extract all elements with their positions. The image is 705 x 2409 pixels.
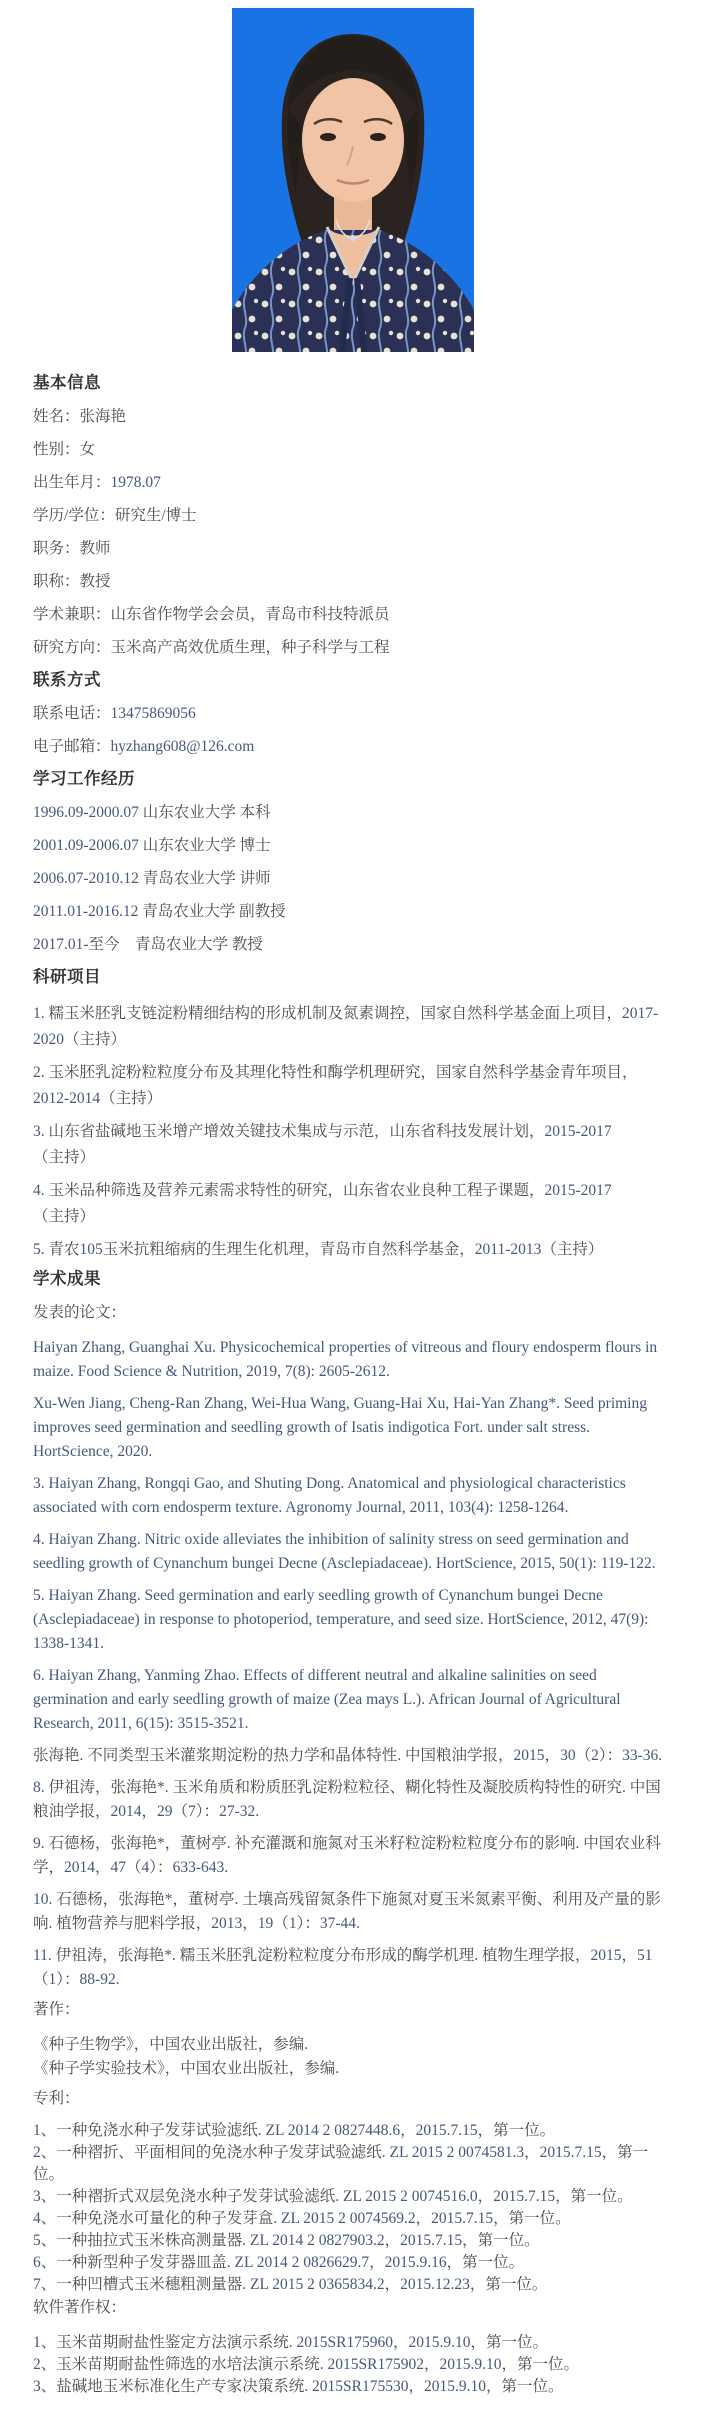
profile-page: 基本信息 姓名：张海艳性别：女出生年月：1978.07学历/学位：研究生/博士职…	[0, 0, 705, 2409]
books-label: 著作：	[33, 2000, 672, 2019]
paper-item: 张海艳. 不同类型玉米灌浆期淀粉的热力学和晶体特性. 中国粮油学报，2015，3…	[33, 1744, 672, 1768]
basic-info-row: 学术兼职：山东省作物学会会员，青岛市科技特派员	[33, 605, 672, 624]
patent-item: 2、一种褶折、平面相间的免浇水种子发芽试验滤纸. ZL 2015 2 00745…	[33, 2142, 672, 2186]
paper-item: Xu-Wen Jiang, Cheng-Ran Zhang, Wei-Hua W…	[33, 1392, 672, 1464]
project-item: 5. 青农105玉米抗粗缩病的生理生化机理，青岛市自然科学基金，2011-201…	[33, 1237, 672, 1263]
paper-item: 4. Haiyan Zhang. Nitric oxide alleviates…	[33, 1528, 672, 1576]
paper-item: 5. Haiyan Zhang. Seed germination and ea…	[33, 1584, 672, 1656]
patent-item: 4、一种免浇水可量化的种子发芽盒. ZL 2015 2 0074569.2，20…	[33, 2208, 672, 2230]
software-label: 软件著作权：	[33, 2297, 672, 2319]
basic-info-row: 职称：教授	[33, 572, 672, 591]
basic-info-row: 出生年月：1978.07	[33, 473, 672, 492]
contact-list: 联系电话：13475869056电子邮箱：hyzhang608@126.com	[33, 704, 672, 756]
experience-row: 2011.01-2016.12 青岛农业大学 副教授	[33, 902, 672, 921]
project-item: 4. 玉米品种筛选及营养元素需求特性的研究，山东省农业良种工程子课题，2015-…	[33, 1178, 672, 1230]
patents-list: 1、一种免浇水种子发芽试验滤纸. ZL 2014 2 0827448.6，201…	[33, 2120, 672, 2296]
contact-title: 联系方式	[33, 671, 672, 690]
basic-info-row: 职务：教师	[33, 539, 672, 558]
basic-info-row: 性别：女	[33, 440, 672, 459]
papers-label: 发表的论文：	[33, 1303, 672, 1322]
books-list: 《种子生物学》，中国农业出版社，参编.《种子学实验技术》，中国农业出版社，参编.	[33, 2033, 672, 2081]
section-projects: 科研项目 1. 糯玉米胚乳支链淀粉精细结构的形成机制及氮素调控，国家自然科学基金…	[33, 968, 672, 1263]
software-item: 2、玉米苗期耐盐性筛选的水培法演示系统. 2015SR175902，2015.9…	[33, 2354, 672, 2376]
patent-item: 1、一种免浇水种子发芽试验滤纸. ZL 2014 2 0827448.6，201…	[33, 2120, 672, 2142]
paper-item: 9. 石德杨，张海艳*，董树亭. 补充灌溉和施氮对玉米籽粒淀粉粒粒度分布的影响.…	[33, 1832, 672, 1880]
achievements-title: 学术成果	[33, 1270, 672, 1289]
experience-row: 1996.09-2000.07 山东农业大学 本科	[33, 803, 672, 822]
section-basic-info: 基本信息 姓名：张海艳性别：女出生年月：1978.07学历/学位：研究生/博士职…	[33, 374, 672, 657]
basic-info-title: 基本信息	[33, 374, 672, 393]
project-item: 3. 山东省盐碱地玉米增产增效关键技术集成与示范，山东省科技发展计划，2015-…	[33, 1119, 672, 1171]
experience-title: 学习工作经历	[33, 770, 672, 789]
book-item: 《种子学实验技术》，中国农业出版社，参编.	[33, 2057, 672, 2081]
paper-item: 8. 伊祖涛，张海艳*. 玉米角质和粉质胚乳淀粉粒粒径、糊化特性及凝胶质构特性的…	[33, 1776, 672, 1824]
paper-item: 11. 伊祖涛，张海艳*. 糯玉米胚乳淀粉粒粒度分布形成的酶学机理. 植物生理学…	[33, 1944, 672, 1992]
patent-item: 7、一种凹槽式玉米穗粗测量器. ZL 2015 2 0365834.2，2015…	[33, 2274, 672, 2296]
profile-photo-image	[232, 8, 474, 352]
software-item: 1、玉米苗期耐盐性鉴定方法演示系统. 2015SR175960，2015.9.1…	[33, 2332, 672, 2354]
section-contact: 联系方式 联系电话：13475869056电子邮箱：hyzhang608@126…	[33, 671, 672, 756]
paper-item: 6. Haiyan Zhang, Yanming Zhao. Effects o…	[33, 1664, 672, 1736]
papers-list: Haiyan Zhang, Guanghai Xu. Physicochemic…	[33, 1336, 672, 1992]
patent-item: 6、一种新型种子发芽器皿盖. ZL 2014 2 0826629.7，2015.…	[33, 2252, 672, 2274]
experience-row: 2017.01-至今 青岛农业大学 教授	[33, 935, 672, 954]
projects-title: 科研项目	[33, 968, 672, 987]
paper-item: 10. 石德杨，张海艳*，董树亭. 土壤高残留氮条件下施氮对夏玉米氮素平衡、利用…	[33, 1888, 672, 1936]
basic-info-row: 研究方向：玉米高产高效优质生理，种子科学与工程	[33, 638, 672, 657]
contact-row: 电子邮箱：hyzhang608@126.com	[33, 737, 672, 756]
patent-item: 5、一种抽拉式玉米株高测量器. ZL 2014 2 0827903.2，2015…	[33, 2230, 672, 2252]
basic-info-row: 姓名：张海艳	[33, 407, 672, 426]
experience-row: 2001.09-2006.07 山东农业大学 博士	[33, 836, 672, 855]
patent-item: 3、一种褶折式双层免浇水种子发芽试验滤纸. ZL 2015 2 0074516.…	[33, 2186, 672, 2208]
project-item: 2. 玉米胚乳淀粉粒粒度分布及其理化特性和酶学机理研究，国家自然科学基金青年项目…	[33, 1060, 672, 1112]
patents-label: 专利：	[33, 2089, 672, 2108]
basic-info-row: 学历/学位：研究生/博士	[33, 506, 672, 525]
experience-row: 2006.07-2010.12 青岛农业大学 讲师	[33, 869, 672, 888]
book-item: 《种子生物学》，中国农业出版社，参编.	[33, 2033, 672, 2057]
basic-info-list: 姓名：张海艳性别：女出生年月：1978.07学历/学位：研究生/博士职务：教师职…	[33, 407, 672, 657]
section-experience: 学习工作经历 1996.09-2000.07 山东农业大学 本科2001.09-…	[33, 770, 672, 954]
software-item: 3、盐碱地玉米标准化生产专家决策系统. 2015SR175530，2015.9.…	[33, 2376, 672, 2398]
profile-photo	[232, 8, 474, 352]
contact-row: 联系电话：13475869056	[33, 704, 672, 723]
project-item: 1. 糯玉米胚乳支链淀粉精细结构的形成机制及氮素调控，国家自然科学基金面上项目，…	[33, 1001, 672, 1053]
software-list: 1、玉米苗期耐盐性鉴定方法演示系统. 2015SR175960，2015.9.1…	[33, 2332, 672, 2398]
projects-list: 1. 糯玉米胚乳支链淀粉精细结构的形成机制及氮素调控，国家自然科学基金面上项目，…	[33, 1001, 672, 1263]
paper-item: Haiyan Zhang, Guanghai Xu. Physicochemic…	[33, 1336, 672, 1384]
experience-list: 1996.09-2000.07 山东农业大学 本科2001.09-2006.07…	[33, 803, 672, 954]
paper-item: 3. Haiyan Zhang, Rongqi Gao, and Shuting…	[33, 1472, 672, 1520]
